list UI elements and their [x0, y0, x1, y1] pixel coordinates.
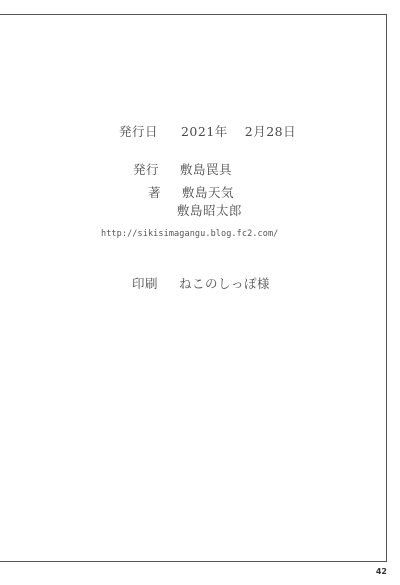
author-line: 著 敷島天気	[148, 183, 234, 201]
publish-date-year: 2021年	[181, 124, 228, 139]
author-name-2: 敷島昭太郎	[177, 203, 242, 218]
page-number: 42	[376, 567, 387, 576]
author-line-2: 敷島昭太郎	[177, 201, 242, 219]
publish-date-line: 発行日 2021年 2月28日	[119, 122, 296, 140]
author-label: 著	[148, 183, 161, 201]
publisher-line: 発行 敷島罠具	[133, 160, 232, 178]
website-url: http://sikisimagangu.blog.fc2.com/	[101, 229, 278, 239]
printer-label: 印刷	[132, 274, 158, 292]
printer-value: ねこのしっぽ様	[179, 276, 270, 291]
publish-date-label: 発行日	[119, 122, 158, 140]
publisher-label: 発行	[133, 160, 159, 178]
printer-line: 印刷 ねこのしっぽ様	[132, 274, 270, 292]
publish-date-day: 2月28日	[245, 124, 296, 139]
author-name-1: 敷島天気	[182, 185, 234, 200]
publisher-value: 敷島罠具	[180, 162, 232, 177]
